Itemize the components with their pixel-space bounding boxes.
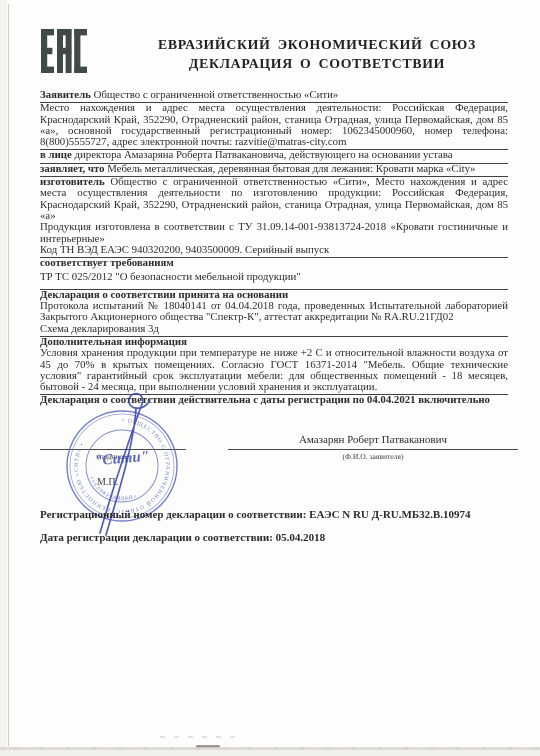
production-standard-line: Продукция изготовлена в соответствии с Т…: [40, 222, 508, 245]
registration-date-line: Дата регистрации декларации о соответств…: [40, 532, 325, 544]
page-edge-line: [8, 4, 9, 746]
manufacturer-line: изготовитель Общество с ограниченной отв…: [40, 177, 508, 222]
director-value: директора Амазаряна Роберта Патваканович…: [75, 149, 453, 161]
test-protocol-line: Протокола испытаний № 18040141 от 04.04.…: [40, 301, 508, 324]
declares-value: Мебель металлическая, деревянная бытовая…: [107, 163, 475, 175]
scan-bottom-shadow: [0, 750, 540, 756]
scan-left-margin: [0, 0, 7, 756]
manufacturer-value: Общество с ограниченной ответственностью…: [40, 176, 508, 222]
title-declaration: ДЕКЛАРАЦИЯ О СООТВЕТСТВИИ: [118, 54, 516, 73]
applicant-value: Общество с ограниченной ответственностью…: [94, 89, 339, 101]
name-line: [228, 449, 518, 450]
complies-heading: соответствует требованиям: [40, 258, 508, 269]
scan-noise: [160, 736, 240, 738]
director-label: в лице: [40, 149, 72, 161]
registration-number-line: Регистрационный номер декларации о соотв…: [40, 509, 470, 521]
declaration-scheme-line: Схема декларирования 3д: [40, 324, 508, 337]
tnved-code-line: Код ТН ВЭД ЕАЭС 940320200, 9403500009. С…: [40, 245, 508, 258]
applicant-line: Заявитель Общество с ограниченной ответс…: [40, 90, 508, 103]
director-line: в лице директора Амазаряна Роберта Патва…: [40, 150, 508, 163]
applicant-address: Место нахождения и адрес места осуществл…: [40, 103, 508, 150]
document-title: ЕВРАЗИЙСКИЙ ЭКОНОМИЧЕСКИЙ СОЮЗ ДЕКЛАРАЦИ…: [118, 35, 516, 73]
name-caption: (Ф.И.О. заявителя): [228, 452, 518, 461]
eac-logo-icon: [41, 28, 87, 74]
declared-product-line: заявляет, что Мебель металлическая, дере…: [40, 164, 508, 177]
applicant-label: Заявитель: [40, 89, 91, 101]
declaration-document-page: ЕВРАЗИЙСКИЙ ЭКОНОМИЧЕСКИЙ СОЮЗ ДЕКЛАРАЦИ…: [0, 0, 540, 756]
manufacturer-label: изготовитель: [40, 176, 105, 188]
technical-regulation-line: ТР ТС 025/2012 "О безопасности мебельной…: [40, 269, 508, 289]
declares-label: заявляет, что: [40, 163, 105, 175]
applicant-name: Амазарян Роберт Патваканович: [228, 434, 518, 446]
storage-conditions-text: Условия хранения продукции при температу…: [40, 348, 508, 395]
document-body: Заявитель Общество с ограниченной ответс…: [40, 90, 508, 407]
title-union: ЕВРАЗИЙСКИЙ ЭКОНОМИЧЕСКИЙ СОЮЗ: [118, 35, 516, 54]
